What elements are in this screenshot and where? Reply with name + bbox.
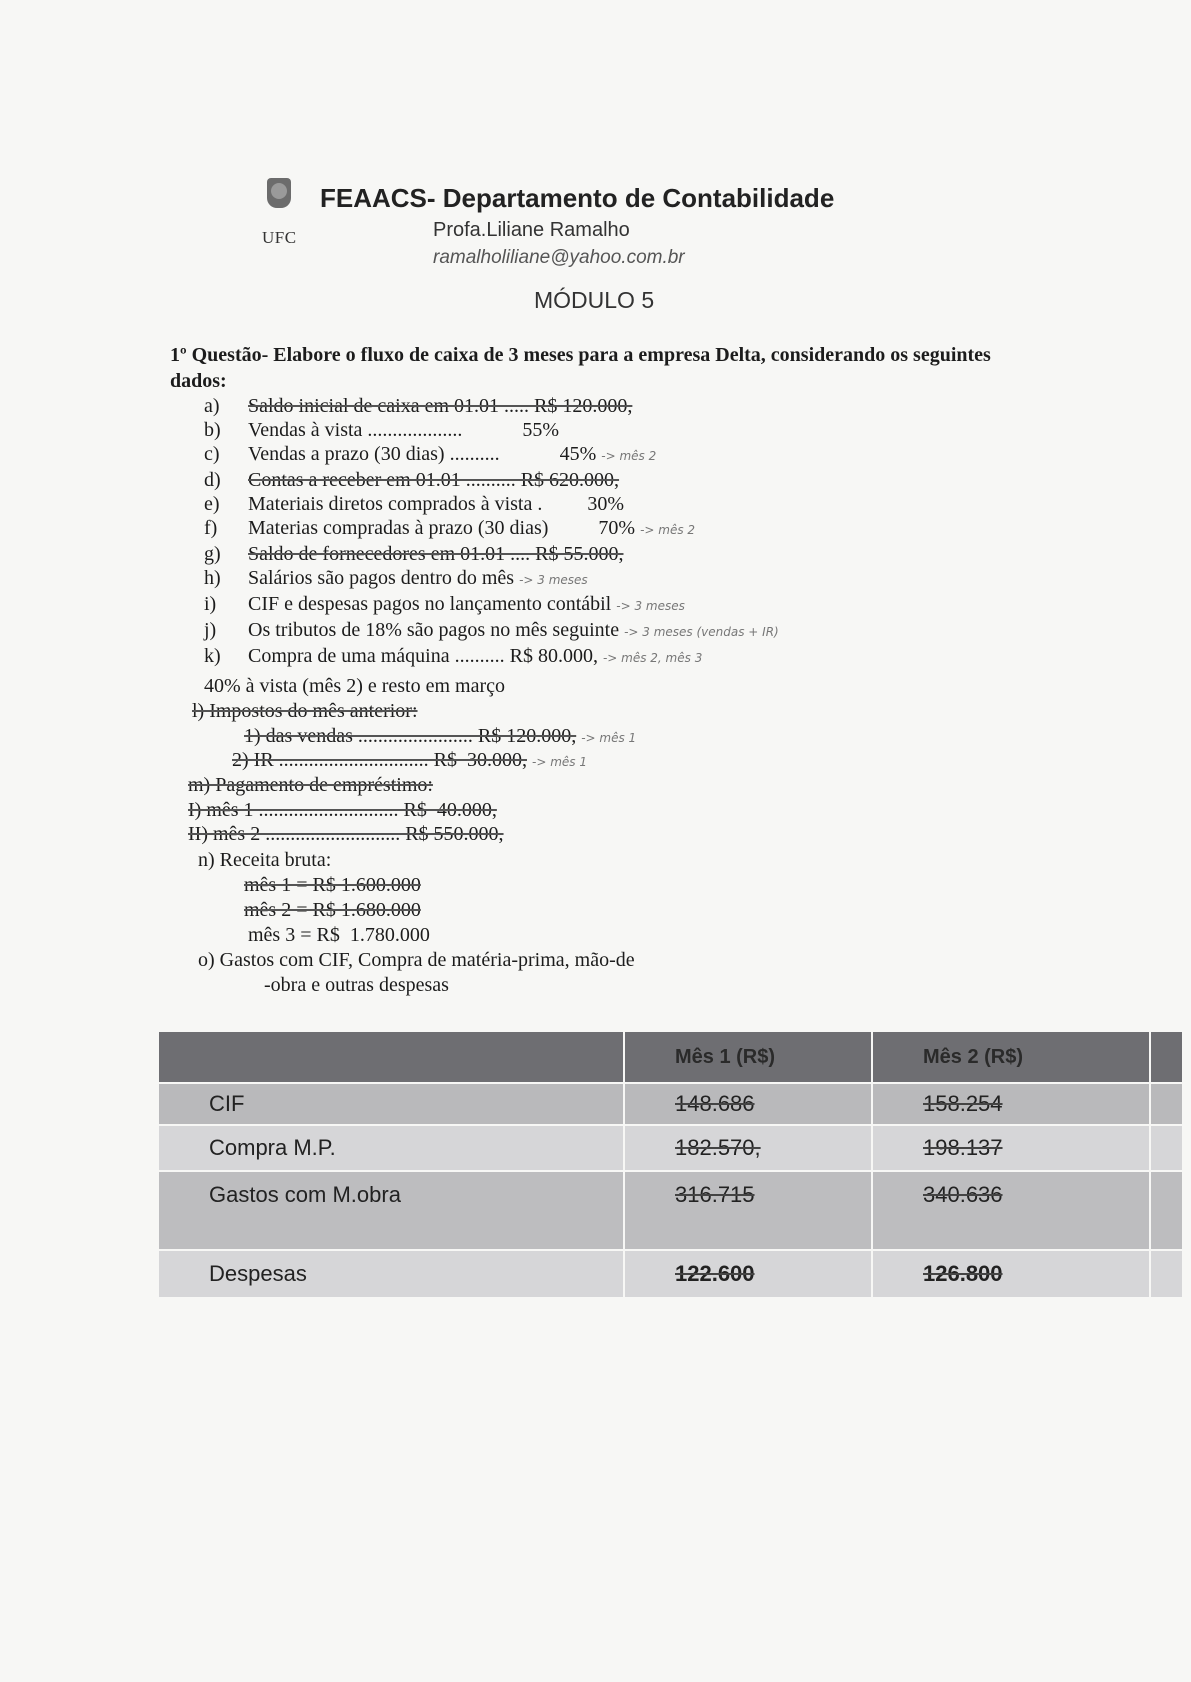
item-list: a)Saldo inicial de caixa em 01.01 ..... … — [204, 394, 779, 670]
handwritten-note: -> 3 meses — [616, 599, 685, 613]
department-title: FEAACS- Departamento de Contabilidade — [320, 183, 834, 214]
row-extra — [1151, 1084, 1182, 1124]
logo-text: UFC — [262, 228, 297, 248]
item-n-3: mês 3 = R$ 1.780.000 — [248, 923, 430, 947]
table-header-row: Mês 1 (R$) Mês 2 (R$) — [159, 1032, 1182, 1082]
row-label: Despesas — [159, 1251, 623, 1297]
row-label: Compra M.P. — [159, 1126, 623, 1170]
item-letter: a) — [204, 394, 248, 418]
item-g: g)Saldo de fornecedores em 01.01 .... R$… — [204, 542, 779, 566]
row-mes-1: 148.686 — [625, 1084, 871, 1124]
row-mes-2: 126.800 — [873, 1251, 1149, 1297]
ufc-logo: UFC — [262, 178, 296, 222]
item-i: i)CIF e despesas pagos no lançamento con… — [204, 592, 779, 618]
header-mes-2: Mês 2 (R$) — [873, 1032, 1149, 1082]
item-text: Materiais diretos comprados à vista . 30… — [248, 493, 624, 515]
item-text: Vendas à vista ................... 55% — [248, 419, 559, 441]
item-text: Saldo inicial de caixa em 01.01 ..... R$… — [248, 395, 632, 417]
item-m-2: II) mês 2 ........................... R$… — [188, 822, 504, 846]
item-m-1: I) mês 1 ............................ R$… — [188, 798, 497, 822]
item-n-2: mês 2 = R$ 1.680.000 — [244, 898, 421, 922]
item-text: Materias compradas à prazo (30 dias) 70% — [248, 517, 635, 539]
item-o-line2: -obra e outras despesas — [264, 973, 449, 997]
row-label: CIF — [159, 1084, 623, 1124]
item-a: a)Saldo inicial de caixa em 01.01 ..... … — [204, 394, 779, 418]
item-l-2: 2) IR .............................. R$ … — [232, 748, 587, 774]
item-text: 2) IR .............................. R$ … — [232, 749, 527, 771]
header-extra — [1151, 1032, 1182, 1082]
module-title: MÓDULO 5 — [534, 287, 654, 314]
handwritten-note: -> mês 2 — [601, 449, 656, 463]
item-l-1: 1) das vendas ....................... R$… — [244, 724, 636, 750]
row-label: Gastos com M.obra — [159, 1172, 623, 1249]
item-letter: d) — [204, 468, 248, 492]
cost-table: Mês 1 (R$) Mês 2 (R$) CIF 148.686 158.25… — [157, 1030, 1184, 1299]
handwritten-note: -> 3 meses (vendas + IR) — [624, 625, 779, 639]
item-k: k)Compra de uma máquina .......... R$ 80… — [204, 644, 779, 670]
item-text: Contas a receber em 01.01 .......... R$ … — [248, 469, 619, 491]
handwritten-note: -> mês 1 — [532, 755, 587, 769]
item-letter: g) — [204, 542, 248, 566]
item-letter: i) — [204, 592, 248, 616]
item-n-1: mês 1 = R$ 1.600.000 — [244, 873, 421, 897]
item-f: f)Materias compradas à prazo (30 dias) 7… — [204, 516, 779, 542]
row-mes-2: 198.137 — [873, 1126, 1149, 1170]
item-letter: b) — [204, 418, 248, 442]
item-text: Salários são pagos dentro do mês — [248, 567, 514, 589]
item-e: e)Materiais diretos comprados à vista . … — [204, 492, 779, 516]
item-h: h)Salários são pagos dentro do mês -> 3 … — [204, 566, 779, 592]
row-extra — [1151, 1251, 1182, 1297]
header-label — [159, 1032, 623, 1082]
item-o-line1: o) Gastos com CIF, Compra de matéria-pri… — [198, 948, 635, 972]
item-letter: e) — [204, 492, 248, 516]
item-text: CIF e despesas pagos no lançamento contá… — [248, 593, 611, 615]
item-letter: h) — [204, 566, 248, 590]
item-text: Saldo de fornecedores em 01.01 .... R$ 5… — [248, 543, 623, 565]
item-letter: j) — [204, 618, 248, 642]
item-j: j)Os tributos de 18% são pagos no mês se… — [204, 618, 779, 644]
item-text: Compra de uma máquina .......... R$ 80.0… — [248, 645, 598, 667]
item-d: d)Contas a receber em 01.01 .......... R… — [204, 468, 779, 492]
ufc-crest-icon — [267, 178, 291, 208]
item-text: Os tributos de 18% são pagos no mês segu… — [248, 619, 619, 641]
item-letter: k) — [204, 644, 248, 668]
item-letter: f) — [204, 516, 248, 540]
table-row: Gastos com M.obra 316.715 340.636 — [159, 1172, 1182, 1249]
row-extra — [1151, 1126, 1182, 1170]
row-mes-2: 158.254 — [873, 1084, 1149, 1124]
item-b: b)Vendas à vista ................... 55% — [204, 418, 779, 442]
row-mes-1: 122.600 — [625, 1251, 871, 1297]
item-c: c)Vendas a prazo (30 dias) .......... 45… — [204, 442, 779, 468]
row-mes-1: 316.715 — [625, 1172, 871, 1249]
row-mes-1: 182.570, — [625, 1126, 871, 1170]
table-row: CIF 148.686 158.254 — [159, 1084, 1182, 1124]
table-row: Compra M.P. 182.570, 198.137 — [159, 1126, 1182, 1170]
item-n-title: n) Receita bruta: — [198, 848, 331, 872]
item-k-detail: 40% à vista (mês 2) e resto em março — [204, 674, 505, 698]
item-text: Vendas a prazo (30 dias) .......... 45% — [248, 443, 596, 465]
item-letter: c) — [204, 442, 248, 466]
header-mes-1: Mês 1 (R$) — [625, 1032, 871, 1082]
handwritten-note: -> mês 2 — [640, 523, 695, 537]
item-m-title: m) Pagamento de empréstimo: — [188, 773, 433, 797]
handwritten-note: -> mês 2, mês 3 — [603, 651, 702, 665]
professor-email: ramalholiliane@yahoo.com.br — [433, 247, 685, 269]
item-text: 1) das vendas ....................... R$… — [244, 725, 576, 747]
handwritten-note: -> mês 1 — [581, 731, 636, 745]
professor-name: Profa.Liliane Ramalho — [433, 219, 630, 242]
table-row: Despesas 122.600 126.800 — [159, 1251, 1182, 1297]
item-l-title: l) Impostos do mês anterior: — [192, 699, 418, 723]
handwritten-note: -> 3 meses — [519, 573, 588, 587]
row-mes-2: 340.636 — [873, 1172, 1149, 1249]
question-title: 1º Questão- Elabore o fluxo de caixa de … — [170, 342, 1020, 394]
row-extra — [1151, 1172, 1182, 1249]
